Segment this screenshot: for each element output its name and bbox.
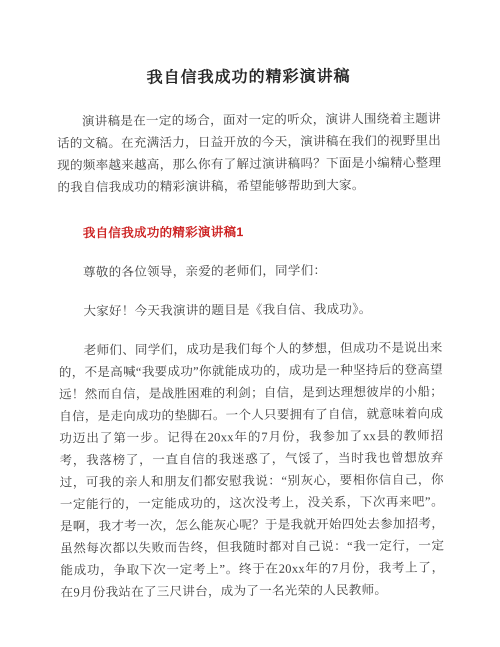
salutation-line: 尊敬的各位领导，亲爱的老师们，同学们：: [58, 258, 442, 283]
speech-body-paragraph: 老师们、同学们，成功是我们每个人的梦想，但成功不是说出来的，不是高喊“我要成功”…: [59, 336, 445, 603]
intro-paragraph: 演讲稿是在一定的场合，面对一定的听众，演讲人围绕着主题讲话的文稿。在充满活力，日…: [57, 107, 442, 198]
greeting-line: 大家好！今天我演讲的题目是《我自信、我成功》。: [58, 297, 442, 322]
document-page: 我自信我成功的精彩演讲稿 演讲稿是在一定的场合，面对一定的听众，演讲人围绕着主题…: [0, 0, 500, 647]
section-heading: 我自信我成功的精彩演讲稿1: [58, 219, 442, 244]
document-title: 我自信我成功的精彩演讲稿: [56, 62, 440, 88]
